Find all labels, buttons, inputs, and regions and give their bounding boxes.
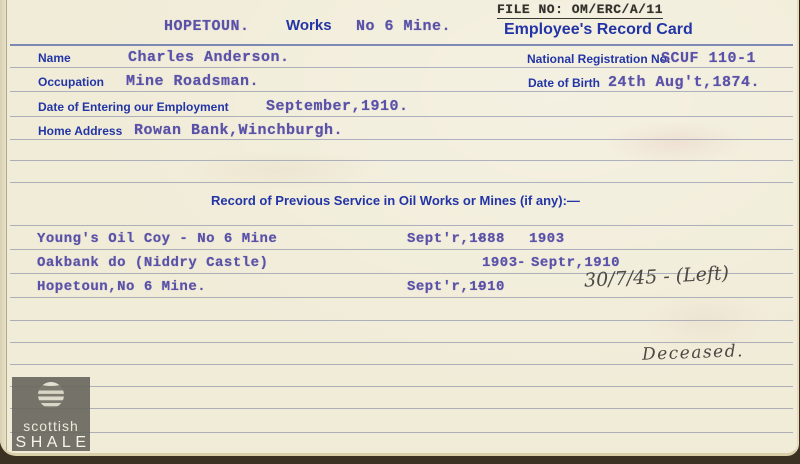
ruled-line bbox=[10, 320, 793, 321]
date-of-birth-value: 24th Aug't,1874. bbox=[608, 74, 760, 91]
name-value: Charles Anderson. bbox=[128, 49, 290, 66]
service-row-employer: Young's Oil Coy - No 6 Mine bbox=[37, 231, 277, 247]
works-number: No 6 Mine. bbox=[356, 18, 451, 35]
age-stain bbox=[600, 120, 750, 165]
ruled-line bbox=[10, 225, 793, 226]
home-address-label: Home Address bbox=[38, 124, 122, 138]
scottish-shale-logo: scottish SHALE bbox=[12, 377, 90, 451]
ruled-line bbox=[10, 386, 793, 387]
age-stain bbox=[180, 150, 380, 190]
occupation-label: Occupation bbox=[38, 75, 104, 89]
occupation-value: Mine Roadsman. bbox=[126, 73, 259, 90]
logo-text-scottish: scottish bbox=[23, 419, 78, 434]
service-row-from: 1903 bbox=[482, 255, 518, 271]
ruled-line bbox=[10, 249, 793, 250]
card-left-edge bbox=[0, 0, 7, 453]
globe-icon bbox=[34, 380, 68, 419]
home-address-value: Rowan Bank,Winchburgh. bbox=[134, 122, 343, 139]
national-registration-value: SCUF 110-1 bbox=[661, 50, 756, 67]
ruled-line bbox=[10, 297, 793, 298]
previous-service-heading: Record of Previous Service in Oil Works … bbox=[211, 193, 580, 208]
ruled-line bbox=[10, 432, 793, 433]
service-row-from: Sept'r,1910 bbox=[407, 279, 505, 295]
ruled-line bbox=[10, 91, 793, 92]
service-row-employer: Hopetoun,No 6 Mine. bbox=[37, 279, 206, 295]
deceased-annotation: Deceased. bbox=[642, 341, 745, 365]
employment-date-label: Date of Entering our Employment bbox=[38, 100, 229, 114]
service-row-separator: - bbox=[476, 231, 485, 247]
service-row-separator: - bbox=[517, 255, 526, 271]
date-of-birth-label: Date of Birth bbox=[528, 76, 600, 90]
name-label: Name bbox=[38, 51, 71, 65]
card-title: Employee's Record Card bbox=[504, 21, 693, 39]
works-site-name: HOPETOUN. bbox=[164, 18, 250, 35]
ruled-line bbox=[10, 182, 793, 183]
logo-text-shale: SHALE bbox=[16, 434, 91, 451]
ruled-line bbox=[10, 364, 793, 365]
service-row-employer: Oakbank do (Niddry Castle) bbox=[37, 255, 268, 271]
file-number: FILE NO: OM/ERC/A/11 bbox=[497, 2, 663, 19]
ruled-line bbox=[10, 44, 793, 46]
service-row-separator: - bbox=[476, 279, 485, 295]
employee-record-card: FILE NO: OM/ERC/A/11 HOPETOUN. Works No … bbox=[0, 0, 799, 456]
service-row-to: 1903 bbox=[529, 231, 565, 247]
scanned-photo-background: FILE NO: OM/ERC/A/11 HOPETOUN. Works No … bbox=[0, 0, 800, 464]
national-registration-label: National Registration No. bbox=[527, 52, 670, 66]
employment-date-value: September,1910. bbox=[266, 98, 409, 115]
ruled-line bbox=[10, 139, 793, 140]
service-row-from: Sept'r,1888 bbox=[407, 231, 505, 247]
ruled-line bbox=[10, 116, 793, 117]
ruled-line bbox=[10, 160, 793, 161]
works-label: Works bbox=[286, 17, 332, 34]
ruled-line bbox=[10, 67, 793, 68]
ruled-line bbox=[10, 408, 793, 409]
